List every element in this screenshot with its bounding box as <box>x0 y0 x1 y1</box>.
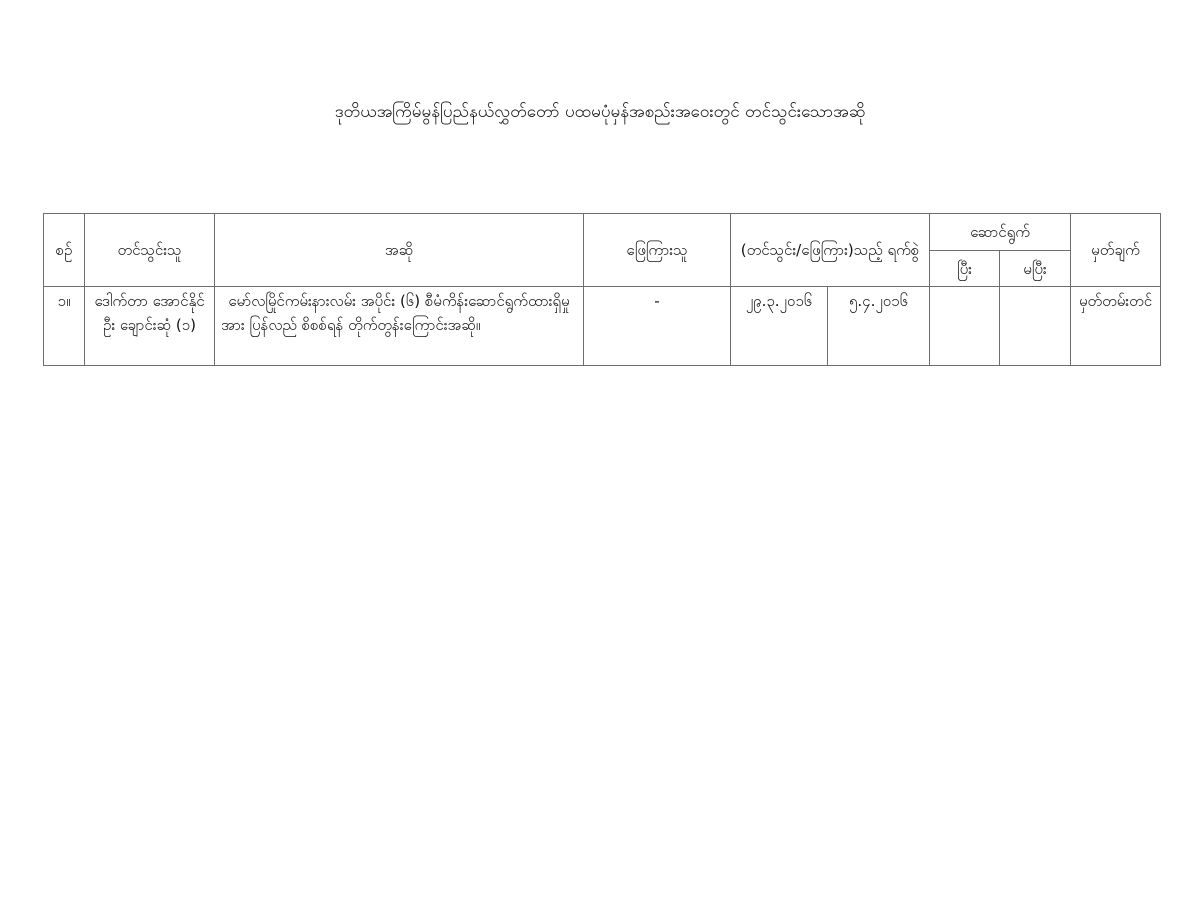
document-title: ဒုတိယအကြိမ်မွန်ပြည်နယ်လွှတ်တော် ပထမပုံမှ… <box>0 100 1200 124</box>
cell-action-not-done <box>1000 287 1071 366</box>
header-remarks: မှတ်ချက် <box>1071 214 1161 287</box>
header-respondent: ဖြေကြားသူ <box>584 214 731 287</box>
cell-submitted-date: ၂၉.၃.၂၀၁၆ <box>731 287 828 366</box>
header-serial: စဉ် <box>44 214 85 287</box>
cell-respondent: - <box>584 287 731 366</box>
motions-table: စဉ် တင်သွင်းသူ အဆို ဖြေကြားသူ (တင်သွင်း/… <box>43 213 1161 366</box>
header-action-done: ပြီး <box>930 251 1000 287</box>
cell-action-done <box>930 287 1000 366</box>
header-motion: အဆို <box>215 214 584 287</box>
cell-remarks: မှတ်တမ်းတင် <box>1071 287 1161 366</box>
header-submitter: တင်သွင်းသူ <box>85 214 215 287</box>
table-row: ၁။ ဒေါက်တာ အောင်နိုင်ဦး ချောင်းဆုံ (၁) မ… <box>44 287 1161 366</box>
cell-motion: မော်လမြိုင်ကမ်းနားလမ်း အပိုင်း (၆) စီမံက… <box>215 287 584 366</box>
cell-serial: ၁။ <box>44 287 85 366</box>
header-date: (တင်သွင်း/ဖြေကြား)သည့် ရက်စွဲ <box>731 214 930 287</box>
header-action-not-done: မပြီး <box>1000 251 1071 287</box>
cell-submitter: ဒေါက်တာ အောင်နိုင်ဦး ချောင်းဆုံ (၁) <box>85 287 215 366</box>
cell-answered-date: ၅.၄.၂၀၁၆ <box>828 287 930 366</box>
header-action: ဆောင်ရွက် <box>930 214 1071 251</box>
